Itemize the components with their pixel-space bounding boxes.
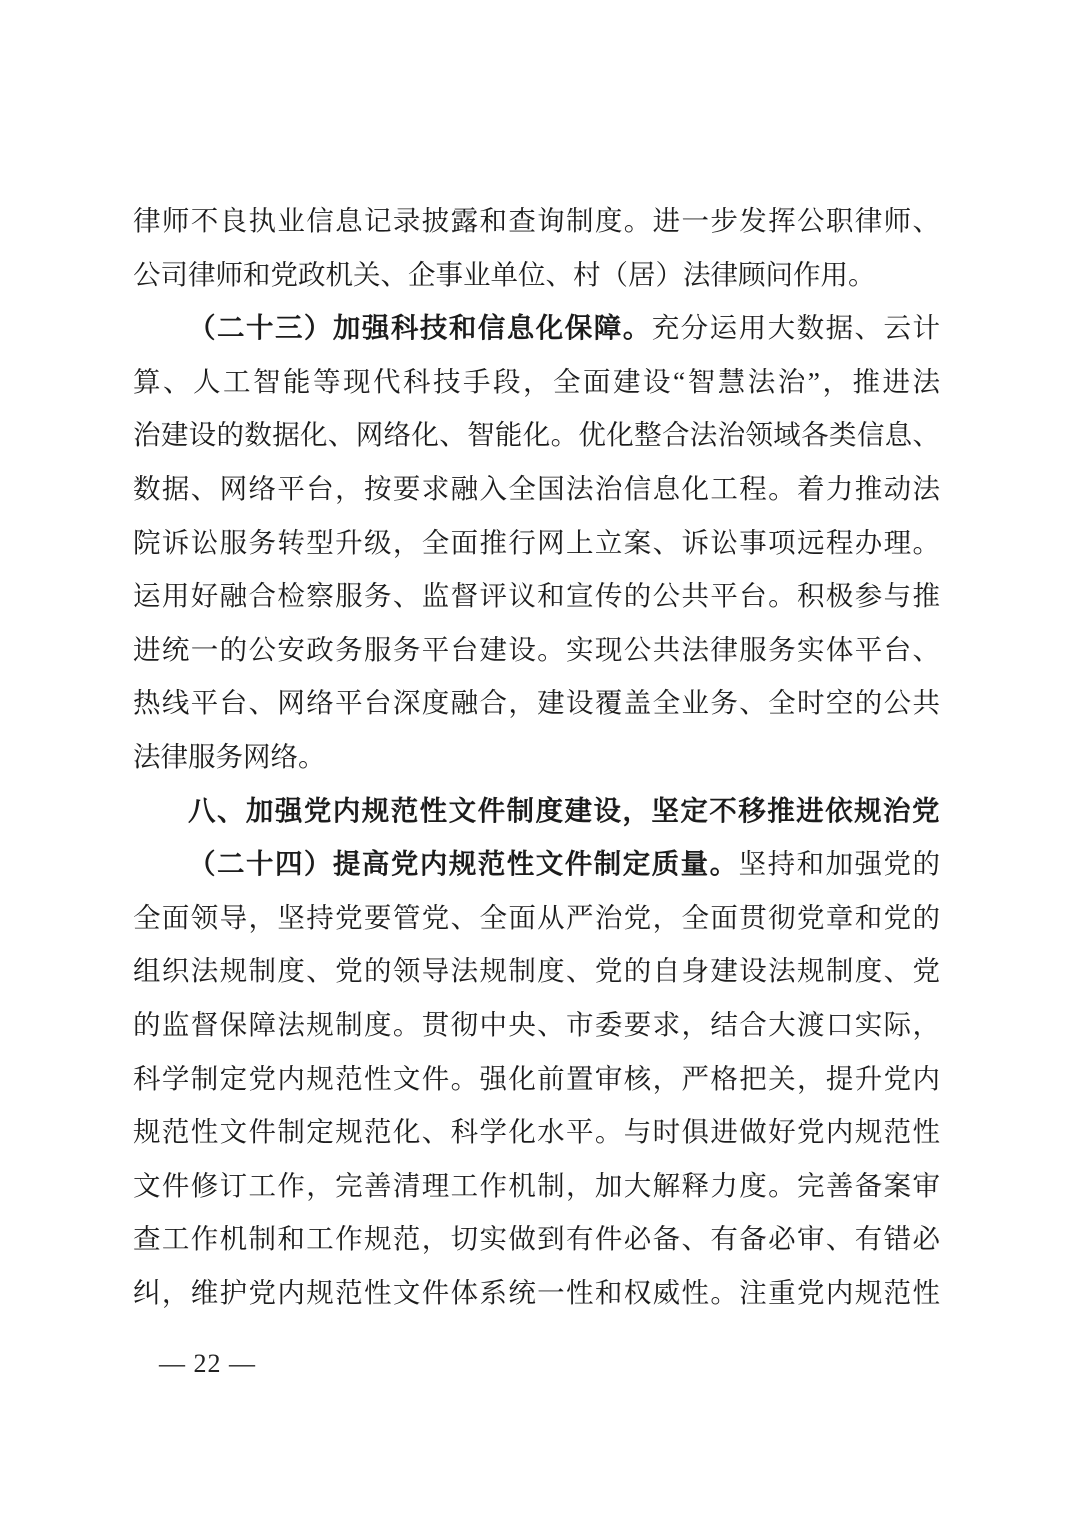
subsection-heading-line: （二十三）加强科技和信息化保障。充分运用大数据、云计: [133, 301, 940, 355]
body-text-segment: 院诉讼服务转型升级，全面推行网上立案、诉讼事项远程办理。: [133, 527, 940, 558]
body-line: 算、人工智能等现代科技手段，全面建设“智慧法治”，推进法: [133, 355, 940, 409]
page-number: — 22 —: [159, 1349, 256, 1379]
body-text-segment: 的监督保障法规制度。贯彻中央、市委要求，结合大渡口实际，: [133, 1009, 940, 1040]
body-text-segment: 算、人工智能等现代科技手段，全面建设“智慧法治”，推进法: [133, 366, 940, 397]
body-text-segment: 律师不良执业信息记录披露和查询制度。进一步发挥公职律师、: [133, 205, 940, 236]
section-heading-line: 八、加强党内规范性文件制度建设，坚定不移推进依规治党: [133, 784, 940, 838]
body-text-segment: 纠，维护党内规范性文件体系统一性和权威性。注重党内规范性: [133, 1277, 940, 1308]
body-text-segment: 进统一的公安政务服务平台建设。实现公共法律服务实体平台、: [133, 634, 940, 665]
body-line: 进统一的公安政务服务平台建设。实现公共法律服务实体平台、: [133, 623, 940, 677]
body-text-segment: 规范性文件制定规范化、科学化水平。与时俱进做好党内规范性: [133, 1116, 940, 1147]
body-text-segment: 运用好融合检察服务、监督评议和宣传的公共平台。积极参与推: [133, 580, 940, 611]
subsection-heading-line: （二十四）提高党内规范性文件制定质量。坚持和加强党的: [133, 837, 940, 891]
body-line: 全面领导，坚持党要管党、全面从严治党，全面贯彻党章和党的: [133, 891, 940, 945]
body-text-segment: 充分运用大数据、云计: [652, 312, 940, 343]
body-line: 律师不良执业信息记录披露和查询制度。进一步发挥公职律师、: [133, 194, 940, 248]
body-text-segment: 数据、网络平台，按要求融入全国法治信息化工程。着力推动法: [133, 473, 940, 504]
body-line: 的监督保障法规制度。贯彻中央、市委要求，结合大渡口实际，: [133, 998, 940, 1052]
body-line: 规范性文件制定规范化、科学化水平。与时俱进做好党内规范性: [133, 1105, 940, 1159]
body-text-segment: 文件修订工作，完善清理工作机制，加大解释力度。完善备案审: [133, 1170, 940, 1201]
body-line: 查工作机制和工作规范，切实做到有件必备、有备必审、有错必: [133, 1212, 940, 1266]
body-text-segment: 热线平台、网络平台深度融合，建设覆盖全业务、全时空的公共: [133, 687, 940, 718]
body-line: 数据、网络平台，按要求融入全国法治信息化工程。着力推动法: [133, 462, 940, 516]
body-text-segment: 组织法规制度、党的领导法规制度、党的自身建设法规制度、党: [133, 955, 940, 986]
body-text-segment: 全面领导，坚持党要管党、全面从严治党，全面贯彻党章和党的: [133, 902, 940, 933]
body-text-segment: 法律服务网络。: [133, 741, 326, 772]
body-line: 纠，维护党内规范性文件体系统一性和权威性。注重党内规范性: [133, 1266, 940, 1320]
body-line: 院诉讼服务转型升级，全面推行网上立案、诉讼事项远程办理。: [133, 516, 940, 570]
body-text-segment: 科学制定党内规范性文件。强化前置审核，严格把关，提升党内: [133, 1063, 940, 1094]
body-line: 法律服务网络。: [133, 730, 940, 784]
body-text-segment: 治建设的数据化、网络化、智能化。优化整合法治领域各类信息、: [133, 419, 940, 450]
body-line: 治建设的数据化、网络化、智能化。优化整合法治领域各类信息、: [133, 408, 940, 462]
body-text-segment: 坚持和加强党的: [739, 848, 940, 879]
body-line: 热线平台、网络平台深度融合，建设覆盖全业务、全时空的公共: [133, 676, 940, 730]
body-line: 公司律师和党政机关、企事业单位、村（居）法律顾问作用。: [133, 248, 940, 302]
bold-text-segment: （二十三）加强科技和信息化保障。: [188, 312, 652, 343]
document-page: 律师不良执业信息记录披露和查询制度。进一步发挥公职律师、公司律师和党政机关、企事…: [0, 0, 1074, 1520]
bold-text-segment: （二十四）提高党内规范性文件制定质量。: [188, 848, 739, 879]
body-line: 科学制定党内规范性文件。强化前置审核，严格把关，提升党内: [133, 1052, 940, 1106]
body-text-segment: 查工作机制和工作规范，切实做到有件必备、有备必审、有错必: [133, 1223, 940, 1254]
body-line: 文件修订工作，完善清理工作机制，加大解释力度。完善备案审: [133, 1159, 940, 1213]
text-block: 律师不良执业信息记录披露和查询制度。进一步发挥公职律师、公司律师和党政机关、企事…: [133, 194, 940, 1319]
body-line: 运用好融合检察服务、监督评议和宣传的公共平台。积极参与推: [133, 569, 940, 623]
body-line: 组织法规制度、党的领导法规制度、党的自身建设法规制度、党: [133, 944, 940, 998]
body-text-segment: 公司律师和党政机关、企事业单位、村（居）法律顾问作用。: [133, 259, 876, 290]
bold-text-segment: 八、加强党内规范性文件制度建设，坚定不移推进依规治党: [188, 795, 940, 826]
